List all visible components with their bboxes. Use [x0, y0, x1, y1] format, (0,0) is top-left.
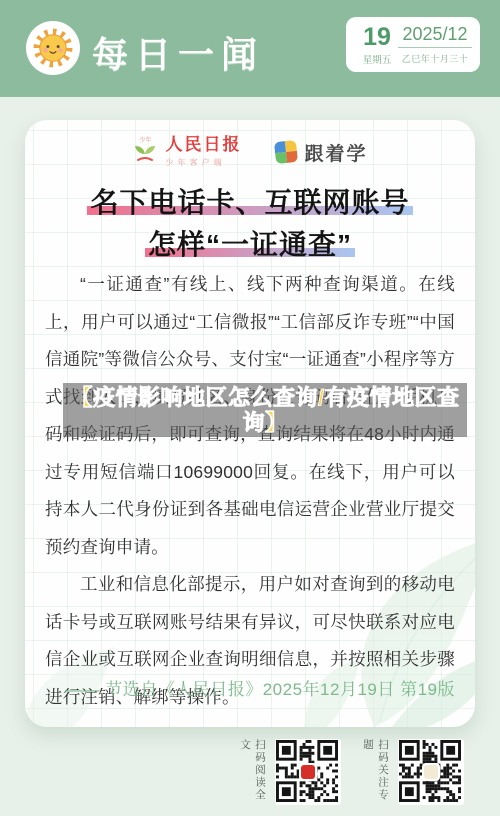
article-title: 名下电话卡、互联网账号 怎样“一证通查”	[25, 182, 475, 266]
article-title-line2: 怎样“一证通查”	[145, 229, 355, 260]
peoples-daily-badge-icon: 少年	[132, 138, 158, 166]
peoples-daily-name: 人民日报	[165, 136, 241, 154]
peoples-daily-subtitle: 少年客户端	[165, 157, 241, 168]
caption-overlay-text: 【疫情影响地区怎么查询/有疫情地区查询】	[69, 385, 461, 435]
follow-learn-logo: 跟着学	[275, 139, 367, 166]
qr1-label: 扫码阅读全文	[238, 739, 268, 805]
page-title: 每日一闻	[92, 27, 264, 78]
date-day: 19	[356, 24, 398, 50]
qr-code-follow-topic-icon	[398, 739, 464, 805]
daily-news-poster: 每日一闻 19 星期五 2025/12 乙巳年十月三十	[0, 0, 500, 816]
date-card: 19 星期五 2025/12 乙巳年十月三十	[346, 17, 480, 72]
qr-code-read-article-icon	[275, 739, 341, 805]
article-card: 少年 人民日报 少年客户端 跟着学	[25, 120, 475, 727]
peoples-daily-logo: 少年 人民日报 少年客户端	[132, 136, 241, 168]
date-weekday: 星期五	[356, 52, 398, 66]
date-year-month: 2025/12	[398, 24, 472, 48]
header-bar: 每日一闻 19 星期五 2025/12 乙巳年十月三十	[0, 0, 500, 97]
logo-row: 少年 人民日报 少年客户端 跟着学	[25, 134, 475, 170]
follow-learn-name: 跟着学	[304, 139, 367, 166]
article-title-line1: 名下电话卡、互联网账号	[87, 187, 412, 218]
follow-learn-icon	[274, 140, 298, 164]
source-citation: —— 节选自《人民日报》2025年12月19日 第19版	[35, 675, 455, 700]
date-lunar: 乙巳年十月三十	[398, 52, 472, 65]
qr2-label: 扫码关注专题	[361, 739, 391, 805]
sun-icon	[26, 21, 80, 75]
caption-overlay: 【疫情影响地区怎么查询/有疫情地区查询】	[63, 383, 467, 437]
article-body: “一证通查”有线上、线下两种查询渠道。在线上，用户可以通过“工信微报”“工信部反…	[45, 266, 455, 716]
qr-section: 扫码阅读全文 扫码关注专题	[238, 738, 464, 806]
